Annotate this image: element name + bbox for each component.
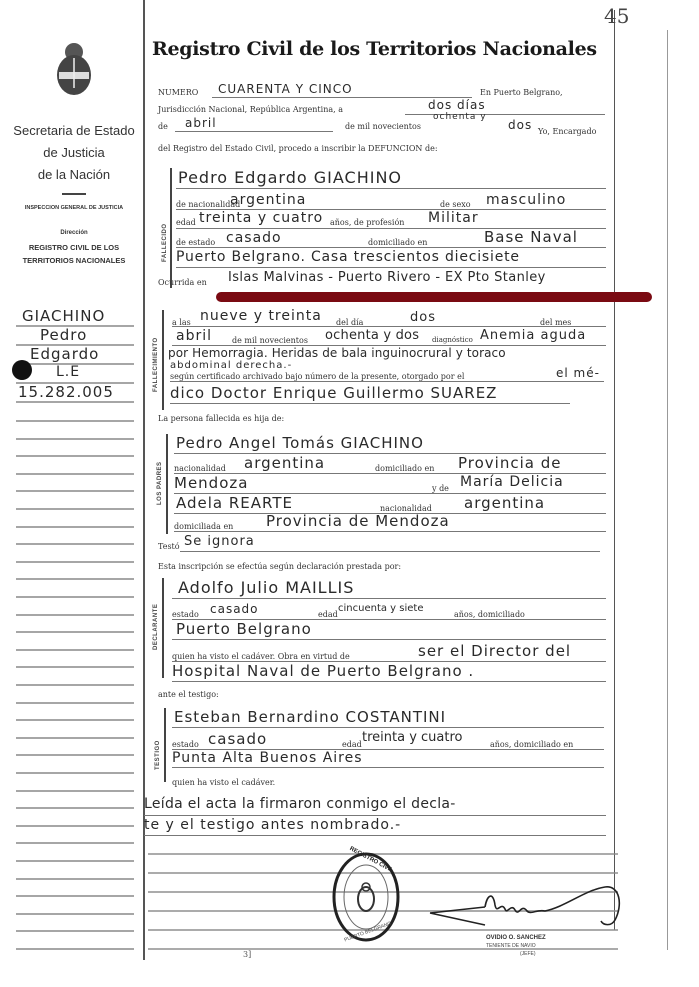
madre-name-b: Adela REARTE — [176, 494, 293, 512]
day-value: dos días — [428, 98, 486, 112]
row-underline — [172, 598, 606, 599]
sidebar-rule — [16, 684, 134, 686]
row-underline — [170, 403, 570, 404]
folio-number: 45 — [604, 4, 629, 28]
declarante-name: Adolfo Julio MAILLIS — [178, 578, 354, 597]
sidebar-rule — [16, 473, 134, 475]
ministry-line-3: de la Nación — [4, 164, 144, 186]
diagnostico-value-a: Anemia aguda — [480, 328, 586, 343]
declarante-intro: Esta inscripción se efectúa según declar… — [158, 562, 401, 571]
hora-value: nueve y treinta — [200, 308, 322, 324]
madre-dom-label: domiciliada en — [174, 522, 233, 531]
fallecido-bracket — [170, 168, 172, 288]
declarante-vio-text: quien ha visto el cadáver. Obra en virtu… — [172, 652, 350, 661]
sidebar-rule — [16, 526, 134, 528]
diagnostico-value-b: por Hemorragia. Heridas de bala inguinoc… — [168, 346, 506, 360]
estado-value: casado — [226, 230, 282, 246]
sidebar-rule — [16, 649, 134, 651]
divider — [62, 193, 86, 195]
index-name-2: Edgardo — [30, 345, 99, 363]
padre-domicilio-a: Provincia de — [458, 454, 561, 472]
fallecimiento-bracket — [162, 310, 164, 410]
name-underline — [176, 188, 606, 189]
sidebar-rule — [16, 754, 134, 756]
estado-label: de estado — [176, 238, 215, 247]
testigo-estado-label: estado — [172, 740, 199, 749]
padres-label: LOS PADRES — [157, 461, 163, 505]
sexo-label: de sexo — [440, 200, 471, 209]
sidebar-rule — [16, 948, 134, 950]
testigo-intro: ante el testigo: — [158, 690, 219, 699]
sidebar-rule — [16, 895, 134, 897]
testigo-vio-text: quien ha visto el cadáver. — [172, 778, 275, 787]
sidebar-rule — [16, 420, 134, 422]
padre-name: Pedro Angel Tomás GIACHINO — [176, 434, 424, 452]
domicilio-value-b: Puerto Belgrano. Casa trescientos diecis… — [176, 249, 520, 265]
encargado-text: Yo, Encargado del Registro del Estado Ci… — [158, 123, 606, 157]
sidebar-rule — [16, 842, 134, 844]
sidebar-rule — [16, 455, 134, 457]
fallecido-label: FALLECIDO — [162, 224, 168, 263]
sidebar-rule — [16, 438, 134, 440]
sidebar-rule — [16, 930, 134, 932]
declarante-domicilio: Puerto Belgrano — [176, 620, 312, 638]
index-name-1: Pedro — [40, 326, 87, 344]
sidebar-rule — [16, 719, 134, 721]
testo-label: Testó — [158, 542, 180, 551]
testigo-bracket — [164, 708, 166, 782]
diagnostico-label: diagnóstico — [432, 336, 473, 344]
sidebar-rule — [16, 878, 134, 880]
testigo-domicilio: Punta Alta Buenos Aires — [172, 750, 363, 766]
diagnostico-value-c: abdominal derecha.- — [170, 360, 292, 371]
sidebar-rule — [16, 772, 134, 774]
virtud-value-b: Hospital Naval de Puerto Belgrano . — [172, 662, 474, 680]
declarante-edad-label: edad — [318, 610, 338, 619]
index-surname: GIACHINO — [22, 307, 105, 325]
sidebar-rule — [16, 913, 134, 915]
ocurrida-value: Islas Malvinas - Puerto Rivero - EX Pto … — [228, 270, 546, 285]
year-value-a: ochenta y — [433, 112, 487, 122]
index-rule — [16, 401, 134, 403]
fallecimiento-label: FALLECIMIENTO — [153, 337, 159, 392]
row-underline — [170, 381, 604, 382]
declarante-edad: cincuenta y siete — [338, 603, 423, 614]
row-underline — [174, 531, 606, 532]
redaction-bar — [216, 292, 652, 302]
profesion-label: años, de profesión — [330, 218, 404, 227]
sidebar-rule — [16, 578, 134, 580]
sidebar-rule — [16, 490, 134, 492]
sidebar-rule — [16, 631, 134, 633]
fallecido-name: Pedro Edgardo GIACHINO — [178, 168, 402, 187]
padre-nacionalidad: argentina — [244, 454, 325, 472]
sidebar-rule — [16, 614, 134, 616]
row-underline — [176, 247, 606, 248]
signature-role: (JEFE) — [520, 951, 536, 957]
index-doc-number: 15.282.005 — [18, 383, 114, 401]
anio-label: de mil novecientos — [232, 336, 308, 345]
declarante-bracket — [162, 578, 164, 678]
place-text: En Puerto Belgrano, — [480, 88, 563, 97]
ocurrida-label: Ocurrida en — [158, 278, 207, 287]
ministry-line-2: de Justicia — [4, 142, 144, 164]
punch-hole — [12, 360, 32, 380]
sidebar-sub-4: TERRITORIOS NACIONALES — [4, 256, 144, 265]
dia-value: dos — [410, 310, 436, 325]
profesion-value: Militar — [428, 210, 479, 226]
sidebar-sub-2: Dirección — [4, 230, 144, 236]
sidebar-rule — [16, 807, 134, 809]
page-title: Registro Civil de los Territorios Nacion… — [152, 38, 597, 60]
declarante-label: DECLARANTE — [153, 604, 159, 650]
certificado-text: según certificado archivado bajo número … — [170, 372, 464, 381]
numero-label: NUMERO — [158, 88, 198, 97]
madre-nacionalidad: argentina — [464, 494, 545, 512]
padre-dom-label: domiciliado en — [375, 464, 434, 473]
row-underline — [172, 727, 604, 728]
page-edge-border — [667, 30, 668, 950]
certificado-value-b: dico Doctor Enrique Guillermo SUAREZ — [170, 384, 497, 402]
right-column-border — [614, 10, 615, 930]
sidebar-rule — [16, 825, 134, 827]
padre-nac-label: nacionalidad — [174, 464, 226, 473]
anio-value: ochenta y dos — [325, 328, 419, 343]
y-de-label: y de — [432, 484, 449, 493]
argentine-coat-of-arms-icon — [54, 40, 94, 98]
testo-value: Se ignora — [184, 534, 255, 549]
testigo-name: Esteban Bernardino COSTANTINI — [174, 708, 446, 726]
ministry-line-1: Secretaria de Estado — [4, 120, 144, 142]
sidebar-rule — [16, 666, 134, 668]
row-underline — [172, 681, 606, 682]
madre-name-a: María Delicia — [460, 474, 564, 490]
sidebar-rule — [16, 561, 134, 563]
certificado-value-a: el mé- — [556, 366, 600, 380]
row-underline — [180, 551, 600, 552]
closing-line-a: Leída el acta la firmaron conmigo el dec… — [144, 796, 456, 812]
signature-rank: TENIENTE DE NAVIO — [486, 943, 536, 949]
row-underline — [144, 835, 606, 836]
edad-label: edad — [176, 218, 196, 227]
row-underline — [172, 767, 604, 768]
sidebar-rule — [16, 543, 134, 545]
domicilio-value-a: Base Naval — [484, 228, 578, 246]
row-underline — [144, 815, 606, 816]
declarante-estado: casado — [210, 602, 259, 616]
sidebar-sub-1: INSPECCION GENERAL DE JUSTICIA — [4, 205, 144, 211]
civil-registry-stamp: REGISTRO CIVIL PUERTO BELGRANO — [331, 851, 401, 943]
testigo-estado: casado — [208, 730, 267, 748]
edad-value: treinta y cuatro — [199, 210, 323, 226]
nacionalidad-value: argentina — [230, 192, 306, 208]
sidebar-rule — [16, 860, 134, 862]
padre-domicilio-b: Mendoza — [174, 474, 248, 492]
row-underline — [172, 639, 606, 640]
jurisdiction-text: Jurisdicción Nacional, República Argenti… — [158, 105, 343, 114]
closing-line-b: te y el testigo antes nombrado.- — [144, 817, 401, 833]
row-underline — [172, 326, 606, 327]
padres-bracket — [166, 434, 168, 534]
mes-value: abril — [176, 328, 212, 344]
testigo-edad: treinta y cuatro — [362, 730, 463, 745]
index-doc-type: L.E — [56, 364, 80, 380]
sidebar-rule — [16, 790, 134, 792]
testigo-label: TESTIGO — [155, 740, 161, 770]
sidebar-rule — [16, 737, 134, 739]
main-rule — [148, 948, 618, 950]
sidebar-rule — [16, 508, 134, 510]
sidebar-sub-3: REGISTRO CIVIL DE LOS — [4, 243, 144, 252]
footer-mark: 3] — [243, 950, 251, 959]
declarante-estado-label: estado — [172, 610, 199, 619]
virtud-value-a: ser el Director del — [418, 642, 571, 660]
domicilio-label: domiciliado en — [368, 238, 427, 247]
numero-value: CUARENTA Y CINCO — [218, 82, 353, 96]
declarante-domicilio-label: años, domiciliado — [454, 610, 525, 619]
testigo-domicilio-label: años, domiciliado en — [490, 740, 573, 749]
row-underline — [176, 267, 606, 268]
signature-name: OVIDIO O. SANCHEZ — [486, 935, 546, 941]
sidebar-rule — [16, 702, 134, 704]
testigo-edad-label: edad — [342, 740, 362, 749]
madre-domicilio: Provincia de Mendoza — [266, 512, 450, 530]
sidebar-rule — [16, 596, 134, 598]
sexo-value: masculino — [486, 192, 566, 208]
padres-intro: La persona fallecida es hija de: — [158, 414, 284, 423]
